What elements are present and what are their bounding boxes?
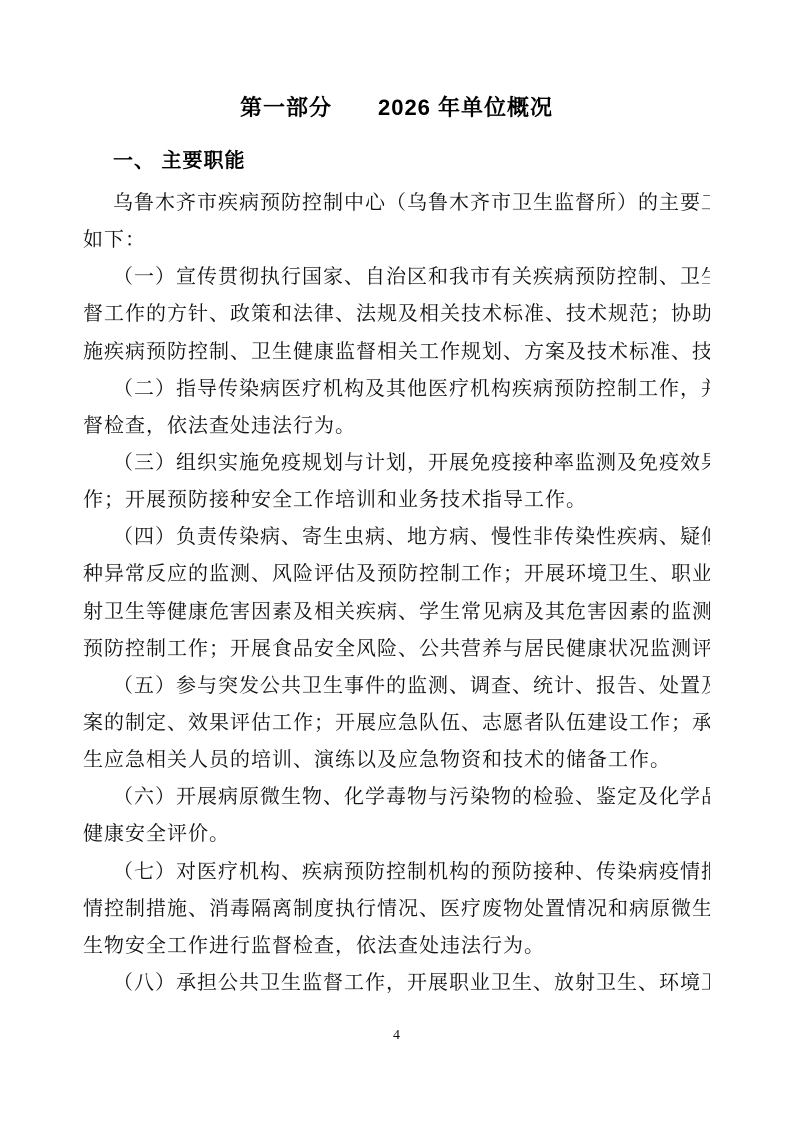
paragraph-line: 情控制措施、消毒隔离制度执行情况、医疗废物处置情况和病原微生物实验室	[83, 891, 710, 928]
paragraph-item-2: （二）指导传染病医疗机构及其他医疗机构疾病预防控制工作，并进行监 督检查，依法查…	[83, 371, 710, 445]
paragraph-line: （三）组织实施免疫规划与计划，开展免疫接种率监测及免疫效果评价工	[83, 445, 710, 482]
paragraph-item-1: （一）宣传贯彻执行国家、自治区和我市有关疾病预防控制、卫生健康监 督工作的方针、…	[83, 259, 710, 370]
paragraph-item-8: （八）承担公共卫生监督工作，开展职业卫生、放射卫生、环境卫生、学	[83, 965, 710, 1002]
paragraph-line: 预防控制工作；开展食品安全风险、公共营养与居民健康状况监测评价工作。	[83, 631, 710, 668]
paragraph-line: 生物安全工作进行监督检查，依法查处违法行为。	[83, 928, 710, 965]
paragraph-line: 督工作的方针、政策和法律、法规及相关技术标准、技术规范；协助拟订并实	[83, 296, 710, 333]
paragraph-line: 生应急相关人员的培训、演练以及应急物资和技术的储备工作。	[83, 742, 710, 779]
paragraph-line: （六）开展病原微生物、化学毒物与污染物的检验、鉴定及化学品毒性和	[83, 779, 710, 816]
paragraph-line: 作；开展预防接种安全工作培训和业务技术指导工作。	[83, 482, 710, 519]
paragraph-line: （四）负责传染病、寄生虫病、地方病、慢性非传染性疾病、疑似预防接	[83, 519, 710, 556]
paragraph-item-7: （七）对医疗机构、疾病预防控制机构的预防接种、传染病疫情报告、疫 情控制措施、消…	[83, 854, 710, 965]
document-body: 乌鲁木齐市疾病预防控制中心（乌鲁木齐市卫生监督所）的主要工作任务 如下： （一）…	[83, 185, 710, 1002]
paragraph-line: （二）指导传染病医疗机构及其他医疗机构疾病预防控制工作，并进行监	[83, 371, 710, 408]
paragraph-line: 施疾病预防控制、卫生健康监督相关工作规划、方案及技术标准、技术规范。	[83, 334, 710, 371]
document-page: 第一部分 2026 年单位概况 一、 主要职能 乌鲁木齐市疾病预防控制中心（乌鲁…	[0, 0, 793, 1122]
paragraph-line: （五）参与突发公共卫生事件的监测、调查、统计、报告、处置及应急预	[83, 668, 710, 705]
paragraph-line: 如下：	[83, 222, 710, 259]
paragraph-line: 乌鲁木齐市疾病预防控制中心（乌鲁木齐市卫生监督所）的主要工作任务	[83, 185, 710, 222]
paragraph-line: 种异常反应的监测、风险评估及预防控制工作；开展环境卫生、职业卫生、放	[83, 556, 710, 593]
paragraph-item-5: （五）参与突发公共卫生事件的监测、调查、统计、报告、处置及应急预 案的制定、效果…	[83, 668, 710, 779]
paragraph-item-3: （三）组织实施免疫规划与计划，开展免疫接种率监测及免疫效果评价工 作；开展预防接…	[83, 445, 710, 519]
document-title: 第一部分 2026 年单位概况	[83, 94, 710, 122]
paragraph-item-4: （四）负责传染病、寄生虫病、地方病、慢性非传染性疾病、疑似预防接 种异常反应的监…	[83, 519, 710, 668]
paragraph-line: （七）对医疗机构、疾病预防控制机构的预防接种、传染病疫情报告、疫	[83, 854, 710, 891]
paragraph-line: 射卫生等健康危害因素及相关疾病、学生常见病及其危害因素的监测、评价及	[83, 594, 710, 631]
paragraph-item-6: （六）开展病原微生物、化学毒物与污染物的检验、鉴定及化学品毒性和 健康安全评价。	[83, 779, 710, 853]
document-content: 第一部分 2026 年单位概况 一、 主要职能 乌鲁木齐市疾病预防控制中心（乌鲁…	[83, 0, 710, 1002]
paragraph-line: （八）承担公共卫生监督工作，开展职业卫生、放射卫生、环境卫生、学	[83, 965, 710, 1002]
section-heading: 一、 主要职能	[83, 149, 710, 174]
paragraph-line: 健康安全评价。	[83, 816, 710, 853]
paragraph-intro: 乌鲁木齐市疾病预防控制中心（乌鲁木齐市卫生监督所）的主要工作任务 如下：	[83, 185, 710, 259]
paragraph-line: 督检查，依法查处违法行为。	[83, 408, 710, 445]
paragraph-line: 案的制定、效果评估工作；开展应急队伍、志愿者队伍建设工作；承担公共卫	[83, 705, 710, 742]
page-number: 4	[0, 1028, 793, 1044]
paragraph-line: （一）宣传贯彻执行国家、自治区和我市有关疾病预防控制、卫生健康监	[83, 259, 710, 296]
